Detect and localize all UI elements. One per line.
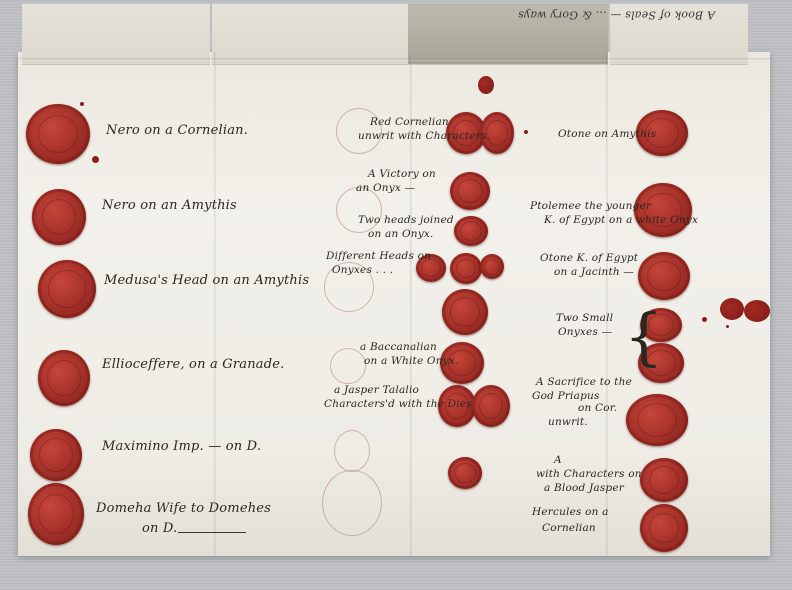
seal-label: Two heads joined bbox=[358, 214, 454, 226]
wax-seal bbox=[450, 253, 482, 284]
grouping-brace: { bbox=[624, 306, 663, 368]
document-sheet: A Book of Seals — ... & Gory ways Nero o… bbox=[18, 52, 770, 556]
seal-label-line2: an Onyx — bbox=[356, 182, 415, 194]
seal-label: Red Cornelian bbox=[370, 116, 449, 128]
wax-drop bbox=[720, 298, 744, 320]
wax-seal bbox=[30, 429, 82, 481]
wax-drop bbox=[726, 325, 729, 328]
wax-seal bbox=[450, 172, 490, 210]
fold-line bbox=[18, 58, 770, 61]
wax-drop bbox=[92, 156, 99, 163]
seal-label-line2: Onyxes . . . bbox=[332, 264, 393, 276]
seal-label: A bbox=[554, 454, 562, 466]
seal-label: Nero on a Cornelian. bbox=[106, 124, 248, 139]
seal-label: Otone on Amythis bbox=[558, 128, 656, 140]
seal-label-line2: on a White Onyx. bbox=[364, 355, 458, 367]
seal-label: Otone K. of Egypt bbox=[540, 252, 638, 264]
seal-label-line2: with Characters on bbox=[536, 468, 642, 480]
top-flap-left bbox=[22, 4, 210, 65]
seal-label-line3: on Cor. bbox=[578, 402, 617, 414]
seal-label-line2: on a Jacinth — bbox=[554, 266, 634, 278]
seal-label: A Sacrifice to the bbox=[536, 376, 632, 388]
seal-label: Domeha Wife to Domehes bbox=[96, 502, 271, 517]
wax-seal bbox=[472, 385, 510, 427]
wax-seal bbox=[638, 252, 690, 300]
seal-label-line2: on an Onyx. bbox=[368, 228, 434, 240]
seal-label: Different Heads on bbox=[326, 250, 431, 262]
wax-seal bbox=[626, 394, 688, 446]
wax-seal bbox=[38, 260, 96, 318]
seal-label-line4: unwrit. bbox=[548, 416, 588, 428]
seal-label: Ellioceffere, on a Granade. bbox=[102, 358, 285, 373]
seal-label: Hercules on a bbox=[532, 506, 609, 518]
seal-label: A Victory on bbox=[368, 168, 436, 180]
stain-ring bbox=[322, 470, 382, 536]
stain-ring bbox=[334, 430, 370, 472]
seal-label: Two Small bbox=[556, 312, 613, 324]
wax-seal bbox=[38, 350, 90, 406]
seal-label: Ptolemee the younger bbox=[530, 200, 651, 212]
seal-label-line2: on D. bbox=[142, 522, 177, 537]
seal-label-line2: Characters'd with the Dies bbox=[324, 398, 472, 410]
seal-label-line2: Cornelian bbox=[542, 522, 596, 534]
wax-seal bbox=[640, 458, 688, 502]
seal-label: a Baccanalian bbox=[360, 341, 437, 353]
wax-drop bbox=[478, 76, 494, 94]
seal-label-line3: a Blood Jasper bbox=[544, 482, 624, 494]
wax-seal bbox=[32, 189, 86, 245]
seal-label: Medusa's Head on an Amythis bbox=[104, 274, 309, 289]
wax-drop bbox=[80, 102, 84, 106]
wax-drop bbox=[702, 317, 707, 322]
seal-label-line2: God Priapus bbox=[532, 390, 600, 402]
wax-drop bbox=[744, 300, 770, 322]
wax-seal bbox=[640, 504, 688, 552]
wax-seal bbox=[480, 254, 504, 279]
stain-ring bbox=[330, 348, 366, 384]
seal-label: Maximino Imp. — on D. bbox=[102, 440, 261, 455]
wax-seal bbox=[442, 289, 488, 335]
seal-label: Nero on an Amythis bbox=[102, 199, 237, 214]
wax-seal bbox=[26, 104, 90, 164]
seal-label-line2: unwrit with Characters. bbox=[358, 130, 490, 142]
seal-label-line2: Onyxes — bbox=[558, 326, 612, 338]
wax-seal bbox=[28, 483, 84, 545]
wax-seal bbox=[454, 216, 488, 246]
top-flap-inscription: A Book of Seals — ... & Gory ways bbox=[518, 8, 715, 21]
seal-label: a Jasper Talalio bbox=[334, 384, 419, 396]
wax-seal bbox=[448, 457, 482, 489]
seal-label-line2: K. of Egypt on a white Onyx bbox=[544, 214, 698, 226]
wax-drop bbox=[524, 130, 528, 134]
underline bbox=[178, 532, 246, 533]
top-flap-middle bbox=[212, 4, 408, 65]
